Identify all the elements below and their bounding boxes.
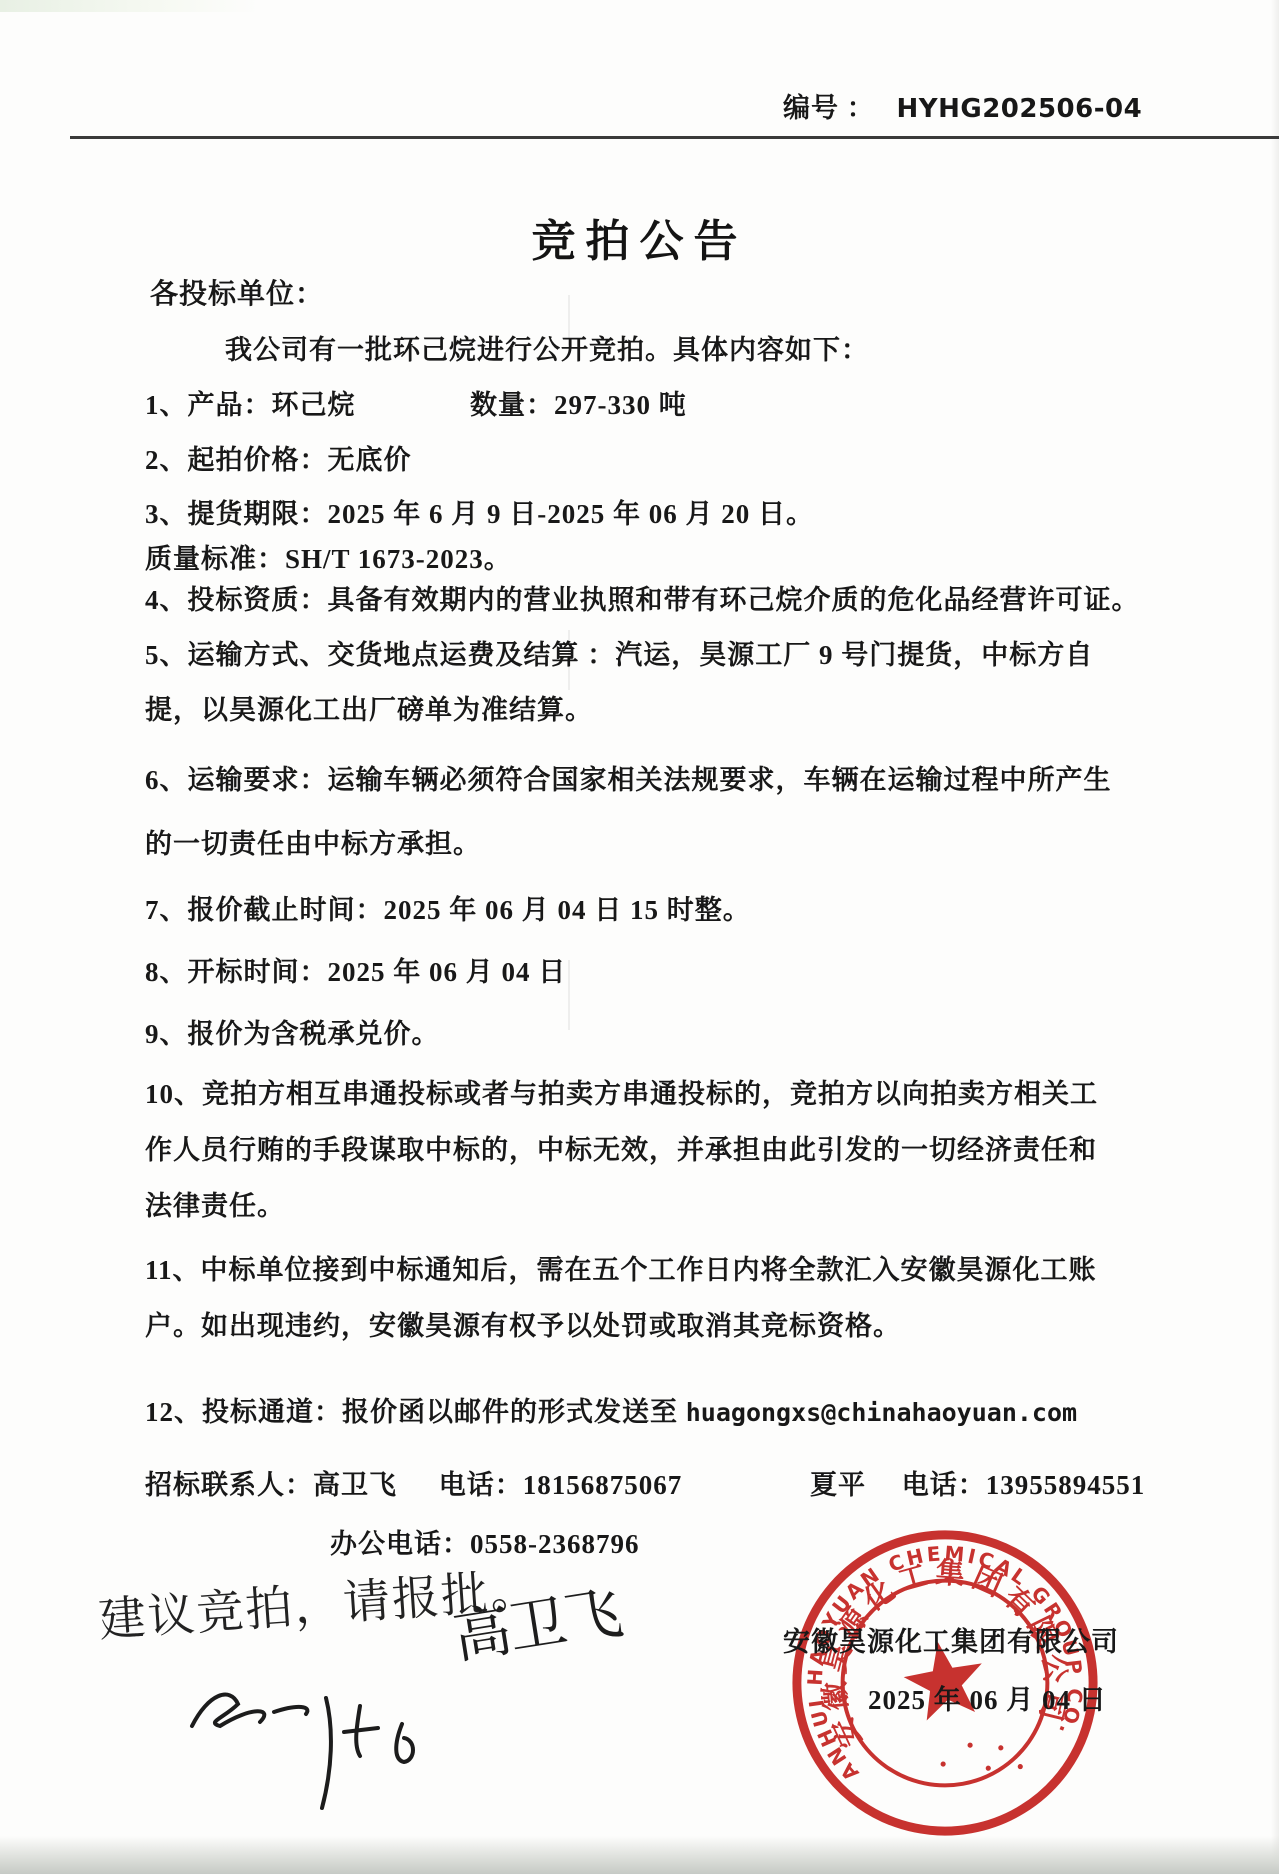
item-3: 3、提货期限：2025 年 6 月 9 日-2025 年 06 月 20 日。 <box>145 492 814 531</box>
item-2: 2、起拍价格：无底价 <box>145 438 412 477</box>
item-6-line2: 的一切责任由中标方承担。 <box>145 822 481 861</box>
item-4: 4、投标资质：具备有效期内的营业执照和带有环己烷介质的危化品经营许可证。 <box>145 578 1140 617</box>
doc-number-label: 编号 ： <box>783 93 875 123</box>
item-11-line2: 户。如出现违约，安徽昊源有权予以处罚或取消其竞标资格。 <box>145 1304 901 1343</box>
item-1-product: 1、产品：环己烷 <box>145 383 356 422</box>
item-6-line1: 6、运输要求：运输车辆必须符合国家相关法规要求，车辆在运输过程中所产生 <box>145 758 1112 797</box>
item-5-line1: 5、运输方式、交货地点运费及结算 ：汽运，昊源工厂 9 号门提货，中标方自 <box>145 633 1093 672</box>
scan-edge-artifact-bottom <box>0 1836 1279 1874</box>
scan-edge-artifact-top <box>0 0 260 12</box>
intro-line: 我公司有一批环己烷进行公开竞拍。具体内容如下： <box>225 328 869 367</box>
contact-person-2: 夏平 <box>810 1470 866 1500</box>
item-10-line3: 法律责任。 <box>145 1184 285 1223</box>
item-12-label: 12、投标通道：报价函以邮件的形式发送至 <box>145 1397 686 1427</box>
doc-number-row: 编号 ： HYHG202506-04 <box>783 86 1142 125</box>
office-phone: 办公电话：0558-2368796 <box>330 1522 640 1561</box>
scanned-document-page: 编号 ： HYHG202506-04 竞拍公告 各投标单位： 我公司有一批环己烷… <box>0 0 1279 1874</box>
quality-standard: 质量标准：SH/T 1673-2023。 <box>145 537 512 576</box>
item-7: 7、报价截止时间：2025 年 06 月 04 日 15 时整。 <box>145 888 751 927</box>
footer-date: 2025 年 06 月 04 日 <box>868 1678 1107 1717</box>
footer-company-name: 安徽昊源化工集团有限公司 <box>783 1620 1119 1659</box>
seal-anticounterfeit-dots <box>938 1734 1024 1782</box>
contact-person-label: 招标联系人：高卫飞 <box>145 1470 397 1500</box>
salutation: 各投标单位： <box>150 272 324 312</box>
item-1-quantity: 数量：297-330 吨 <box>470 383 687 422</box>
handwritten-signature-scribble <box>178 1668 428 1828</box>
header-divider <box>70 136 1279 139</box>
contact-row: 招标联系人：高卫飞 电话：18156875067 夏平 电话：139558945… <box>145 1463 1145 1502</box>
contact-phone-2: 电话：13955894551 <box>902 1470 1146 1500</box>
page-title: 竞拍公告 <box>0 205 1279 269</box>
item-8: 8、开标时间：2025 年 06 月 04 日 <box>145 950 566 989</box>
item-10-line2: 作人员行贿的手段谋取中标的，中标无效，并承担由此引发的一切经济责任和 <box>145 1128 1097 1167</box>
item-5-line2: 提，以昊源化工出厂磅单为准结算。 <box>145 688 593 727</box>
bid-email: huagongxs@chinahaoyuan.com <box>686 1398 1077 1427</box>
item-12: 12、投标通道：报价函以邮件的形式发送至 huagongxs@chinahaoy… <box>145 1390 1077 1429</box>
item-10-line1: 10、竞拍方相互串通投标或者与拍卖方串通投标的，竞拍方以向拍卖方相关工 <box>145 1072 1098 1111</box>
item-9: 9、报价为含税承兑价。 <box>145 1012 440 1051</box>
scan-edge-artifact-right <box>1271 0 1279 1874</box>
item-11-line1: 11、中标单位接到中标通知后，需在五个工作日内将全款汇入安徽昊源化工账 <box>145 1248 1097 1287</box>
contact-phone-1: 电话：18156875067 <box>439 1470 683 1500</box>
paper-crease <box>568 960 570 1030</box>
doc-number-value: HYHG202506-04 <box>897 94 1143 124</box>
